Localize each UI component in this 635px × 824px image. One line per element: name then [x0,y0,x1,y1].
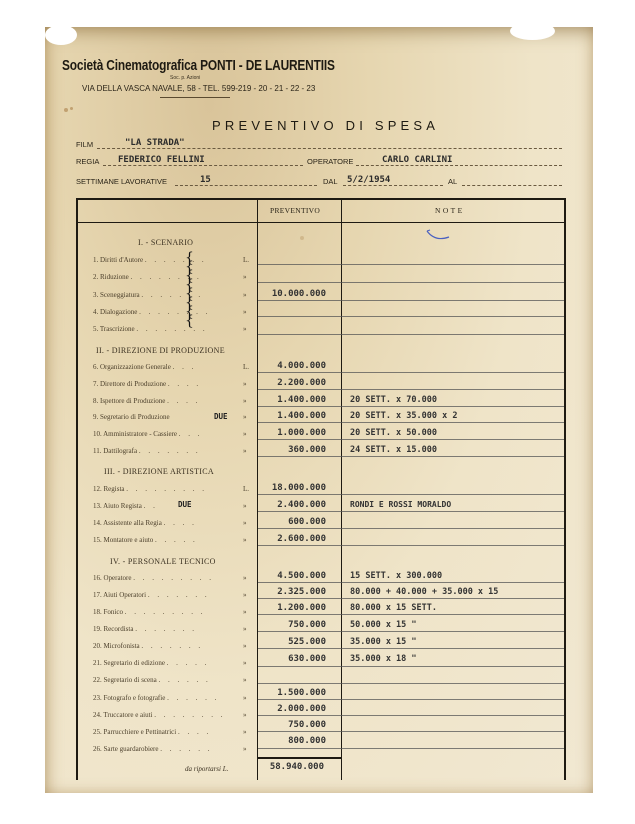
unit: » [243,694,247,702]
amount: 1.200.000 [256,603,326,613]
line-item: 17. Aiuti Operatori . . . . . . . [93,591,210,599]
al-label: AL [448,177,457,186]
unit: » [243,745,247,753]
amount: 525.000 [256,637,326,647]
unit: » [243,430,247,438]
line-item: 11. Dattilografa . . . . . . . [93,447,201,455]
amount: 800.000 [256,736,326,746]
unit: » [243,625,247,633]
note: 20 SETT. x 50.000 [350,428,437,438]
row-line [258,545,564,546]
dal-label: DAL [323,177,338,186]
line-item: 25. Parrucchiere e Pettinatrici . . . . [93,728,211,736]
note: 80.000 + 40.000 + 35.000 x 15 [350,587,498,597]
row-line [258,699,564,700]
row-line [258,631,564,632]
unit: » [243,273,247,281]
line-item: 4. Dialogazione . . . . . . . . [93,308,210,316]
row-line [258,372,564,373]
unit: » [243,291,247,299]
note: 35.000 x 18 " [350,654,417,664]
regia-line [103,165,303,166]
pen-mark-icon [425,228,455,244]
line-item: 12. Regista . . . . . . . . . [93,485,207,493]
unit: » [243,659,247,667]
row-line [258,748,564,749]
header-note: N O T E [435,206,462,215]
amount: 360.000 [256,445,326,455]
row-line [258,614,564,615]
amount: 18.000.000 [256,483,326,493]
row-line [258,316,564,317]
line-item: 2. Riduzione . . . . . . . . [93,273,202,281]
settimane-value: 15 [200,175,211,185]
dal-value: 5/2/1954 [347,175,390,185]
line-item: 18. Fonico . . . . . . . . . [93,608,205,616]
row-line [258,264,564,265]
note: 50.000 x 15 " [350,620,417,630]
amount: 1.400.000 [256,395,326,405]
row-line [258,666,564,667]
line-item: 8. Ispettore di Produzione . . . . [93,397,200,405]
section-title: II. - DIREZIONE DI PRODUZIONE [96,346,225,355]
amount: 1.000.000 [256,428,326,438]
row-line [258,300,564,301]
amount: 2.200.000 [256,378,326,388]
company-address: VIA DELLA VASCA NAVALE, 58 - TEL. 599-21… [82,84,315,93]
note: 20 SETT. x 70.000 [350,395,437,405]
unit: » [243,676,247,684]
company-name: Società Cinematografica PONTI - DE LAURE… [62,58,335,74]
unit: » [243,728,247,736]
note: 20 SETT. x 35.000 x 2 [350,411,457,421]
film-line [97,148,562,149]
row-line [258,683,564,684]
unit: » [243,591,247,599]
row-line [258,456,564,457]
line-item: 14. Assistente alla Regia . . . . [93,519,197,527]
unit: » [243,325,247,333]
amount: 2.600.000 [256,534,326,544]
row-line [258,439,564,440]
amount: 600.000 [256,517,326,527]
torn-edge-right [510,22,555,40]
row-line [258,648,564,649]
line-item: 21. Segretario di edizione . . . . . [93,659,209,667]
line-item: 1. Diritti d'Autore . . . . . . . [93,256,207,264]
note: 35.000 x 15 " [350,637,417,647]
amount: 4.000.000 [256,361,326,371]
unit: » [243,642,247,650]
row-line [258,406,564,407]
column-divider [341,198,342,780]
unit: » [243,502,247,510]
row-line [258,389,564,390]
unit: » [243,608,247,616]
unit: L. [243,363,249,371]
dal-line [343,185,443,186]
line-item: 9. Segretario di Produzione [93,413,170,421]
regia-value: FEDERICO FELLINI [118,155,205,165]
film-value: "LA STRADA" [125,138,185,148]
total-amount: 58.940.000 [254,762,324,772]
document-title: PREVENTIVO DI SPESA [212,118,439,133]
unit: » [243,413,247,421]
line-item: 24. Truccatore e aiuti . . . . . . . . [93,711,226,719]
header-preventivo: PREVENTIVO [270,206,320,215]
row-line [258,715,564,716]
line-item: 15. Montatore e aiuto . . . . . [93,536,198,544]
unit: » [243,711,247,719]
section-title: I. - SCENARIO [138,238,193,247]
stain-mark [64,108,68,112]
line-item: 13. Aiuto Regista . . [93,502,158,510]
torn-corner-left [45,25,77,45]
row-line [258,528,564,529]
amount: 2.325.000 [256,587,326,597]
handwritten-annotation: DUE [178,500,192,509]
unit: » [243,447,247,455]
row-line [258,282,564,283]
amount: 4.500.000 [256,571,326,581]
unit: » [243,380,247,388]
unit: » [243,519,247,527]
unit: » [243,397,247,405]
settimane-line [175,185,317,186]
line-item: 3. Sceneggiatura . . . . . . . [93,291,203,299]
amount: 2.000.000 [256,704,326,714]
amount: 630.000 [256,654,326,664]
total-label: da riportarsi L. [185,765,228,773]
divider [160,97,230,98]
amount: 10.000.000 [256,289,326,299]
header-divider [76,222,564,223]
line-item: 10. Amministratore - Cassiere . . . [93,430,202,438]
row-line [258,731,564,732]
amount: 1.400.000 [256,411,326,421]
unit: L. [243,485,249,493]
note: RONDI E ROSSI MORALDO [350,500,451,509]
unit: » [243,308,247,316]
note: 80.000 x 15 SETT. [350,603,437,613]
row-line [258,422,564,423]
line-item: 26. Sarte guardarobiere . . . . . . [93,745,213,753]
line-item: 6. Organizzazione Generale . . . [93,363,196,371]
operatore-label: OPERATORE [307,157,353,166]
row-line [258,511,564,512]
section-title: III. - DIREZIONE ARTISTICA [104,467,214,476]
note: 24 SETT. x 15.000 [350,445,437,455]
film-label: FILM [76,140,93,149]
row-line [258,494,564,495]
line-item: 5. Trascrizione . . . . . . . . [93,325,208,333]
al-line [462,185,562,186]
line-item: 23. Fotografo e fotografie . . . . . . [93,694,219,702]
line-item: 7. Direttore di Produzione . . . . [93,380,201,388]
note: 15 SETT. x 300.000 [350,571,442,581]
unit: » [243,536,247,544]
unit: » [243,574,247,582]
line-item: 22. Segretario di scena . . . . . . [93,676,211,684]
settimane-label: SETTIMANE LAVORATIVE [76,177,167,186]
handwritten-annotation: DUE [214,412,228,421]
line-item: 19. Recordista . . . . . . . [93,625,197,633]
unit: L. [243,256,249,264]
row-line [258,582,564,583]
regia-label: REGIA [76,157,99,166]
amount: 2.400.000 [256,500,326,510]
legal-form: Soc. p. Azioni [170,75,200,81]
stain-mark [70,107,73,110]
line-item: 16. Operatore . . . . . . . . . [93,574,214,582]
row-line [258,598,564,599]
operatore-value: CARLO CARLINI [382,155,452,165]
row-line [258,334,564,335]
amount: 750.000 [256,620,326,630]
line-item: 20. Microfonista . . . . . . . [93,642,203,650]
amount: 1.500.000 [256,688,326,698]
amount: 750.000 [256,720,326,730]
section-title: IV. - PERSONALE TECNICO [110,557,216,566]
operatore-line [356,165,562,166]
